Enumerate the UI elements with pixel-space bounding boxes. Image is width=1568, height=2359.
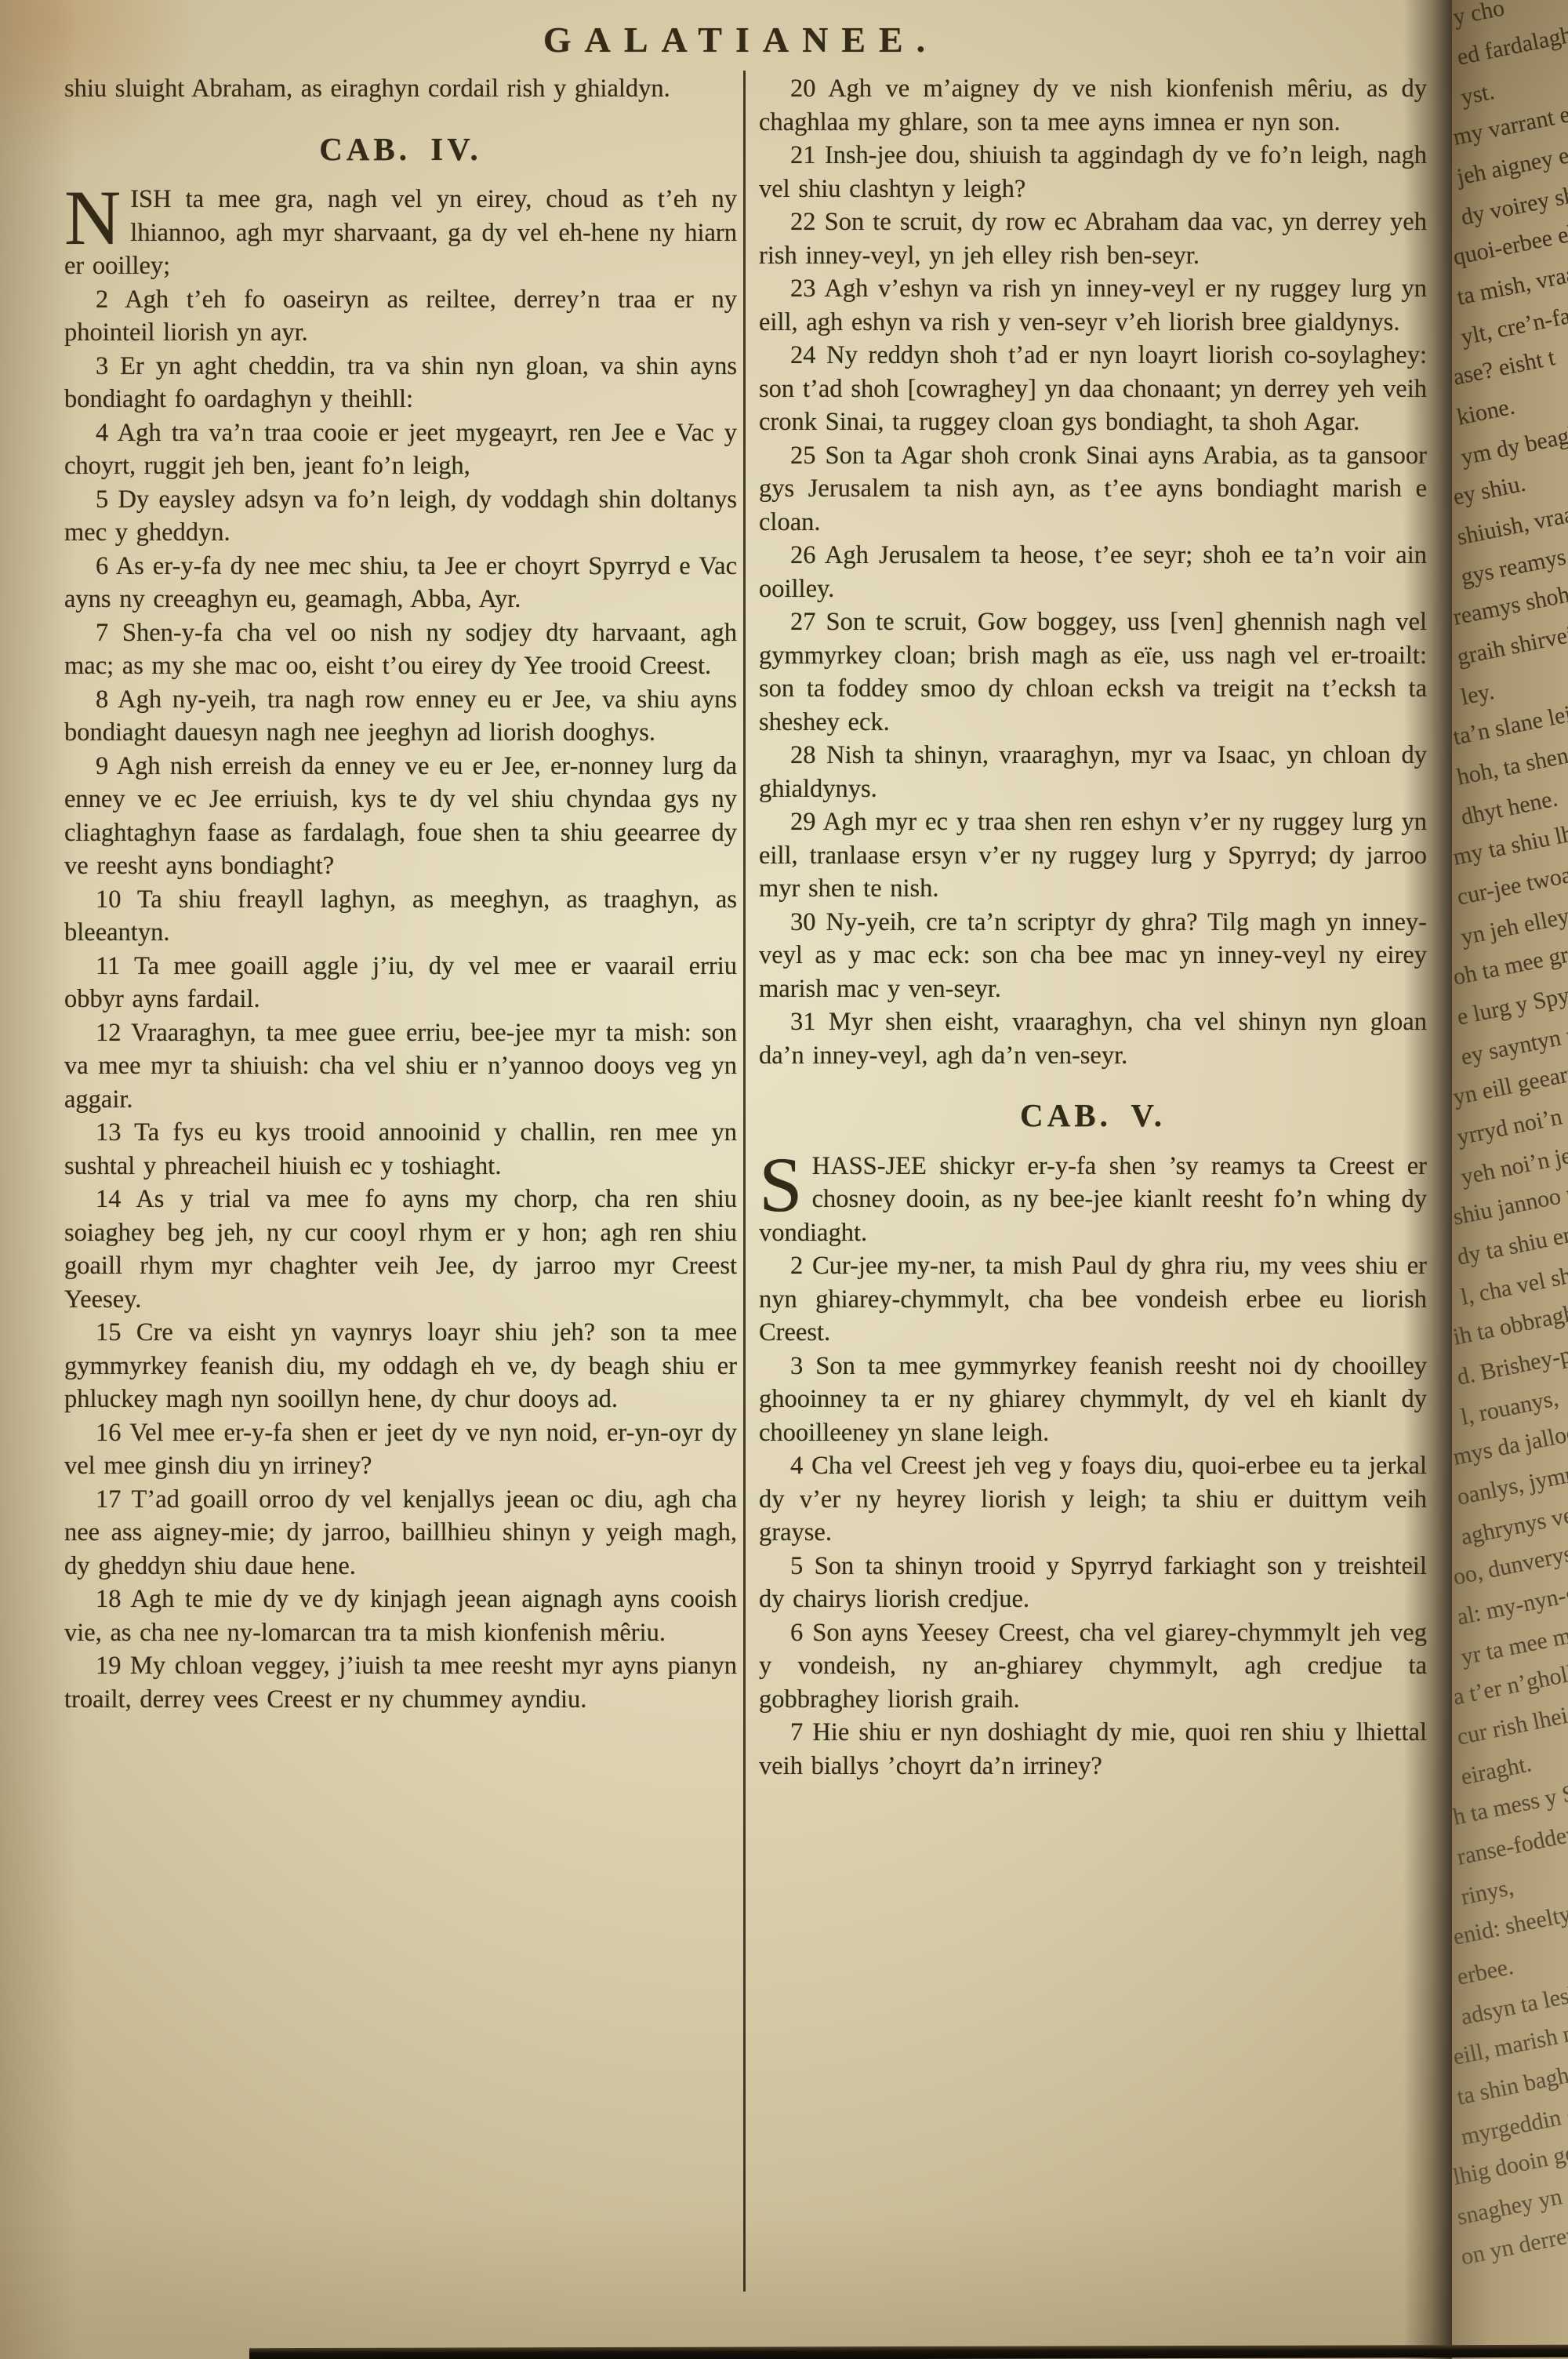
verse-paragraph: 3 Son ta mee gymmyrkey feanish reesht no… bbox=[759, 1350, 1427, 1450]
verse-paragraph: 2 Cur-jee my-ner, ta mish Paul dy ghra r… bbox=[759, 1249, 1427, 1350]
verse-paragraph: 21 Insh-jee dou, shiuish ta aggindagh dy… bbox=[759, 139, 1427, 205]
adjacent-page-text-fragment: eiraght. bbox=[1459, 1750, 1534, 1790]
verse-paragraph: 19 My chloan veggey, j’iuish ta mee rees… bbox=[64, 1649, 737, 1716]
adjacent-page-text-fragment: jeh aigney e bbox=[1455, 142, 1568, 191]
verse-paragraph: 25 Son ta Agar shoh cronk Sinai ayns Ara… bbox=[759, 439, 1427, 540]
verse-paragraph: 26 Agh Jerusalem ta heose, t’ee seyr; sh… bbox=[759, 539, 1427, 605]
adjacent-page-text-fragment: l, rouanys, bbox=[1459, 1385, 1561, 1430]
verse-paragraph: 8 Agh ny-yeih, tra nagh row enney eu er … bbox=[64, 683, 737, 750]
drop-cap: N bbox=[64, 183, 130, 247]
verse-paragraph: 6 As er-y-fa dy nee mec shiu, ta Jee er … bbox=[64, 550, 737, 616]
column-divider-rule bbox=[743, 71, 746, 2292]
adjacent-page-text-fragment: rinys, bbox=[1459, 1874, 1516, 1911]
chapter-heading: CAB. V. bbox=[759, 1072, 1427, 1150]
right-text-column: 20 Agh ve m’aigney dy ve nish kionfenish… bbox=[759, 72, 1427, 1783]
verse-paragraph: 4 Agh tra va’n traa cooie er jeet mygeay… bbox=[64, 416, 737, 483]
chapter-heading: CAB. IV. bbox=[64, 106, 737, 184]
verse-paragraph: 14 As y trial va mee fo ayns my chorp, c… bbox=[64, 1183, 737, 1316]
verse-paragraph: 29 Agh myr ec y traa shen ren eshyn v’er… bbox=[759, 805, 1427, 906]
adjacent-page-text-fragment: snaghey yn bbox=[1455, 2183, 1565, 2230]
adjacent-page-text-fragment: dhyt hene. bbox=[1459, 785, 1560, 831]
verse-paragraph: 20 Agh ve m’aigney dy ve nish kionfenish… bbox=[759, 72, 1427, 139]
verse-paragraph: 22 Son te scruit, dy row ec Abraham daa … bbox=[759, 205, 1427, 272]
verse-paragraph: 11 Ta mee goaill aggle j’iu, dy vel mee … bbox=[64, 950, 737, 1016]
adjacent-page-text-fragment: ey shiu. bbox=[1452, 471, 1528, 511]
adjacent-page-text-fragment: erbee. bbox=[1455, 1954, 1516, 1991]
verse-paragraph: 7 Hie shiu er nyn doshiaght dy mie, quoi… bbox=[759, 1716, 1427, 1783]
opening-verse: NISH ta mee gra, nagh vel yn eirey, chou… bbox=[64, 183, 737, 283]
drop-cap: S bbox=[759, 1150, 812, 1214]
verse-paragraph: 5 Son ta shinyn trooid y Spyrryd farkiag… bbox=[759, 1550, 1427, 1616]
verse-paragraph: 7 Shen-y-fa cha vel oo nish ny sodjey dt… bbox=[64, 616, 737, 683]
verse-paragraph: 15 Cre va eisht yn vaynrys loayr shiu je… bbox=[64, 1316, 737, 1416]
verse-paragraph: 6 Son ayns Yeesey Creest, cha vel giarey… bbox=[759, 1616, 1427, 1717]
adjacent-page-text-fragment: ley. bbox=[1459, 678, 1497, 711]
page-title: GALATIANEE. bbox=[0, 19, 1482, 60]
continuation-paragraph: shiu sluight Abraham, as eiraghyn cordai… bbox=[64, 72, 737, 106]
verse-paragraph: 30 Ny-yeih, cre ta’n scriptyr dy ghra? T… bbox=[759, 906, 1427, 1006]
verse-paragraph: 17 T’ad goaill orroo dy vel kenjallys je… bbox=[64, 1483, 737, 1583]
verse-paragraph: 13 Ta fys eu kys trooid annooinid y chal… bbox=[64, 1116, 737, 1183]
verse-paragraph: 31 Myr shen eisht, vraaraghyn, cha vel s… bbox=[759, 1005, 1427, 1072]
verse-paragraph: 18 Agh te mie dy ve dy kinjagh jeean aig… bbox=[64, 1583, 737, 1649]
verse-paragraph: 9 Agh nish erreish da enney ve eu er Jee… bbox=[64, 750, 737, 883]
verse-paragraph: 24 Ny reddyn shoh t’ad er nyn loayrt lio… bbox=[759, 339, 1427, 439]
verse-paragraph: 16 Vel mee er-y-fa shen er jeet dy ve ny… bbox=[64, 1416, 737, 1483]
book-gutter-shadow bbox=[1403, 0, 1452, 2359]
adjacent-page-text-fragment: ase? eisht t bbox=[1452, 344, 1557, 391]
verse-paragraph: 2 Agh t’eh fo oaseiryn as reiltee, derre… bbox=[64, 283, 737, 350]
verse-paragraph: 27 Son te scruit, Gow boggey, uss [ven] … bbox=[759, 605, 1427, 739]
adjacent-page-text-fragment: kione. bbox=[1455, 394, 1517, 431]
verse-paragraph: 4 Cha vel Creest jeh veg y foays diu, qu… bbox=[759, 1449, 1427, 1550]
adjacent-page-text-fragment: yst. bbox=[1459, 78, 1497, 111]
verse-paragraph: 3 Er yn aght cheddin, tra va shin nyn gl… bbox=[64, 350, 737, 416]
left-text-column: shiu sluight Abraham, as eiraghyn cordai… bbox=[64, 72, 737, 1716]
opening-verse: SHASS-JEE shickyr er-y-fa shen ’sy reamy… bbox=[759, 1150, 1427, 1250]
verse-paragraph: 23 Agh v’eshyn va rish yn inney-veyl er … bbox=[759, 272, 1427, 339]
verse-paragraph: 28 Nish ta shinyn, vraaraghyn, myr va Is… bbox=[759, 739, 1427, 805]
adjacent-page-edge: y choed fardalagh dy hoyst.my varrant er… bbox=[1452, 0, 1568, 2359]
verse-paragraph: 12 Vraaraghyn, ta mee guee erriu, bee-je… bbox=[64, 1016, 737, 1117]
verse-paragraph: 5 Dy eaysley adsyn va fo’n leigh, dy vod… bbox=[64, 483, 737, 550]
scanned-book-page: GALATIANEE. shiu sluight Abraham, as eir… bbox=[0, 0, 1568, 2359]
verse-paragraph: 10 Ta shiu freayll laghyn, as meeghyn, a… bbox=[64, 883, 737, 950]
adjacent-page-text-fragment: y cho bbox=[1452, 0, 1507, 31]
